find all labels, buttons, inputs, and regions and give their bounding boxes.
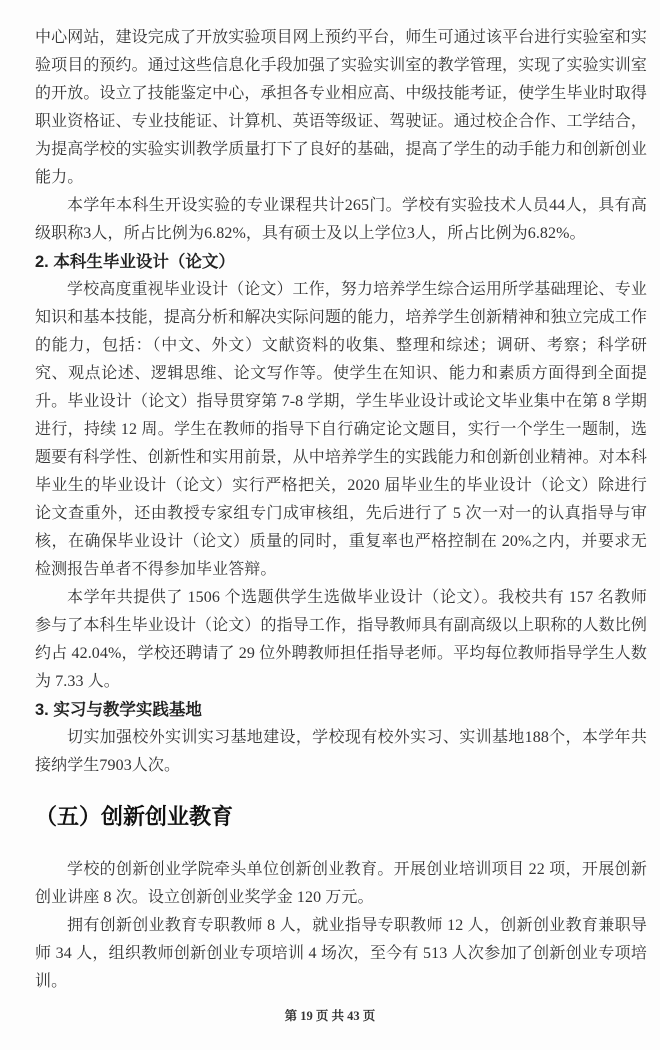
heading-practice-base: 3. 实习与教学实践基地 [35, 696, 647, 724]
paragraph-lab-platform: 中心网站，建设完成了开放实验项目网上预约平台，师生可通过该平台进行实验室和实验项… [35, 24, 647, 192]
paragraph-innovation-overview: 学校的创新创业学院牵头单位创新创业教育。开展创业培训项目 22 项，开展创新创业… [35, 856, 647, 912]
paragraph-practice-base: 切实加强校外实训实习基地建设，学校现有校外实习、实训基地188个，本学年共接纳学… [35, 724, 647, 780]
document-page: 中心网站，建设完成了开放实验项目网上预约平台，师生可通过该平台进行实验室和实验项… [0, 0, 660, 1050]
page-footer: 第 19 页 共 43 页 [0, 1006, 660, 1024]
paragraph-lab-stats: 本学年本科生开设实验的专业课程共计265门。学校有实验技术人员44人，具有高级职… [35, 192, 647, 248]
section-heading-innovation: （五）创新创业教育 [35, 802, 647, 832]
document-content: 中心网站，建设完成了开放实验项目网上预约平台，师生可通过该平台进行实验室和实验项… [35, 24, 647, 996]
page-number-text: 第 19 页 共 43 页 [285, 1009, 376, 1023]
paragraph-graduation-stats: 本学年共提供了 1506 个选题供学生选做毕业设计（论文）。我校共有 157 名… [35, 584, 647, 696]
paragraph-innovation-staff: 拥有创新创业教育专职教师 8 人，就业指导专职教师 12 人，创新创业教育兼职导… [35, 912, 647, 996]
heading-graduation-design: 2. 本科生毕业设计（论文） [35, 248, 647, 276]
paragraph-graduation-overview: 学校高度重视毕业设计（论文）工作，努力培养学生综合运用所学基础理论、专业知识和基… [35, 276, 647, 584]
